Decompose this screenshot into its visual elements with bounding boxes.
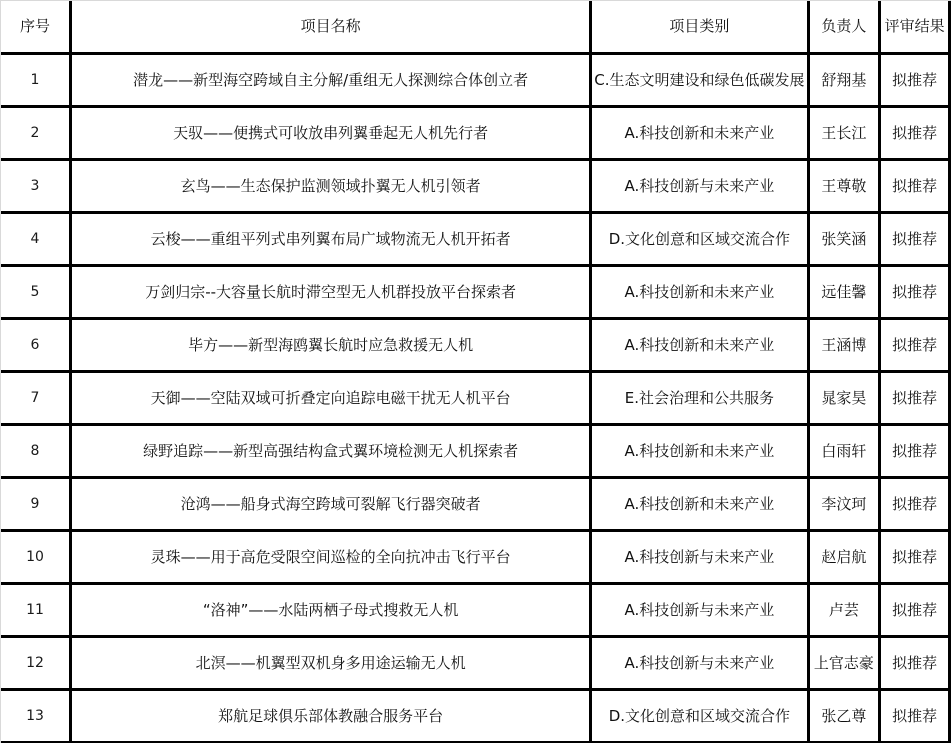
header-owner: 负责人	[808, 1, 880, 53]
cell-index[interactable]: 2	[1, 106, 70, 159]
cell-owner[interactable]: 张笑涵	[808, 212, 880, 265]
cell-review-result[interactable]: 拟推荐	[880, 212, 950, 265]
cell-project-name[interactable]: 绿野追踪——新型高强结构盒式翼环境检测无人机探索者	[70, 424, 590, 477]
cell-project-name[interactable]: 灵珠——用于高危受限空间巡检的全向抗冲击飞行平台	[70, 530, 590, 583]
cell-project-name[interactable]: 万剑归宗--大容量长航时滞空型无人机群投放平台探索者	[70, 265, 590, 318]
cell-index[interactable]: 8	[1, 424, 70, 477]
table-row: 4云梭——重组平列式串列翼布局广域物流无人机开拓者D.文化创意和区域交流合作张笑…	[1, 212, 950, 265]
header-project-category: 项目类别	[591, 1, 808, 53]
cell-owner[interactable]: 李汶珂	[808, 477, 880, 530]
header-review-result: 评审结果	[880, 1, 950, 53]
cell-project-category[interactable]: D.文化创意和区域交流合作	[591, 689, 808, 742]
cell-owner[interactable]: 晁家昊	[808, 371, 880, 424]
cell-owner[interactable]: 舒翔基	[808, 53, 880, 106]
cell-project-name[interactable]: 天驭——便携式可收放串列翼垂起无人机先行者	[70, 106, 590, 159]
header-project-name: 项目名称	[70, 1, 590, 53]
spreadsheet-view: 序号 项目名称 项目类别 负责人 评审结果 1潜龙——新型海空跨域自主分解/重组…	[0, 0, 951, 743]
cell-owner[interactable]: 远佳馨	[808, 265, 880, 318]
cell-index[interactable]: 7	[1, 371, 70, 424]
cell-project-category[interactable]: C.生态文明建设和绿色低碳发展	[591, 53, 808, 106]
cell-review-result[interactable]: 拟推荐	[880, 477, 950, 530]
cell-project-category[interactable]: A.科技创新与未来产业	[591, 530, 808, 583]
cell-project-category[interactable]: D.文化创意和区域交流合作	[591, 212, 808, 265]
cell-owner[interactable]: 赵启航	[808, 530, 880, 583]
cell-project-category[interactable]: A.科技创新和未来产业	[591, 265, 808, 318]
cell-review-result[interactable]: 拟推荐	[880, 318, 950, 371]
table-row: 10灵珠——用于高危受限空间巡检的全向抗冲击飞行平台A.科技创新与未来产业赵启航…	[1, 530, 950, 583]
table-row: 13郑航足球俱乐部体教融合服务平台D.文化创意和区域交流合作张乙尊拟推荐	[1, 689, 950, 742]
cell-project-name[interactable]: 沧鸿——船身式海空跨域可裂解飞行器突破者	[70, 477, 590, 530]
cell-project-name[interactable]: 毕方——新型海鸥翼长航时应急救援无人机	[70, 318, 590, 371]
table-row: 2天驭——便携式可收放串列翼垂起无人机先行者A.科技创新和未来产业王长江拟推荐	[1, 106, 950, 159]
cell-project-category[interactable]: A.科技创新与未来产业	[591, 636, 808, 689]
cell-review-result[interactable]: 拟推荐	[880, 159, 950, 212]
cell-owner[interactable]: 卢芸	[808, 583, 880, 636]
table-row: 5万剑归宗--大容量长航时滞空型无人机群投放平台探索者A.科技创新和未来产业远佳…	[1, 265, 950, 318]
cell-project-category[interactable]: A.科技创新与未来产业	[591, 583, 808, 636]
cell-index[interactable]: 6	[1, 318, 70, 371]
cell-project-name[interactable]: 天御——空陆双域可折叠定向追踪电磁干扰无人机平台	[70, 371, 590, 424]
project-review-table: 序号 项目名称 项目类别 负责人 评审结果 1潜龙——新型海空跨域自主分解/重组…	[1, 1, 951, 743]
table-row: 3玄鸟——生态保护监测领域扑翼无人机引领者A.科技创新与未来产业王尊敬拟推荐	[1, 159, 950, 212]
cell-review-result[interactable]: 拟推荐	[880, 636, 950, 689]
header-row: 序号 项目名称 项目类别 负责人 评审结果	[1, 1, 950, 53]
cell-owner[interactable]: 上官志豪	[808, 636, 880, 689]
cell-review-result[interactable]: 拟推荐	[880, 106, 950, 159]
cell-review-result[interactable]: 拟推荐	[880, 424, 950, 477]
cell-review-result[interactable]: 拟推荐	[880, 53, 950, 106]
cell-project-category[interactable]: A.科技创新和未来产业	[591, 106, 808, 159]
cell-project-name[interactable]: 云梭——重组平列式串列翼布局广域物流无人机开拓者	[70, 212, 590, 265]
cell-index[interactable]: 3	[1, 159, 70, 212]
cell-index[interactable]: 5	[1, 265, 70, 318]
table-row: 12北溟——机翼型双机身多用途运输无人机A.科技创新与未来产业上官志豪拟推荐	[1, 636, 950, 689]
cell-owner[interactable]: 王尊敬	[808, 159, 880, 212]
cell-review-result[interactable]: 拟推荐	[880, 371, 950, 424]
cell-project-category[interactable]: A.科技创新和未来产业	[591, 318, 808, 371]
cell-project-name[interactable]: 北溟——机翼型双机身多用途运输无人机	[70, 636, 590, 689]
cell-index[interactable]: 11	[1, 583, 70, 636]
cell-project-category[interactable]: A.科技创新和未来产业	[591, 477, 808, 530]
cell-project-category[interactable]: E.社会治理和公共服务	[591, 371, 808, 424]
cell-review-result[interactable]: 拟推荐	[880, 265, 950, 318]
table-row: 1潜龙——新型海空跨域自主分解/重组无人探测综合体创立者C.生态文明建设和绿色低…	[1, 53, 950, 106]
table-row: 11“洛神”——水陆两栖子母式搜救无人机A.科技创新与未来产业卢芸拟推荐	[1, 583, 950, 636]
cell-project-name[interactable]: “洛神”——水陆两栖子母式搜救无人机	[70, 583, 590, 636]
table-row: 8绿野追踪——新型高强结构盒式翼环境检测无人机探索者A.科技创新和未来产业白雨轩…	[1, 424, 950, 477]
cell-index[interactable]: 13	[1, 689, 70, 742]
cell-owner[interactable]: 王长江	[808, 106, 880, 159]
cell-index[interactable]: 1	[1, 53, 70, 106]
cell-project-name[interactable]: 玄鸟——生态保护监测领域扑翼无人机引领者	[70, 159, 590, 212]
cell-index[interactable]: 10	[1, 530, 70, 583]
table-row: 9沧鸿——船身式海空跨域可裂解飞行器突破者A.科技创新和未来产业李汶珂拟推荐	[1, 477, 950, 530]
table-row: 6毕方——新型海鸥翼长航时应急救援无人机A.科技创新和未来产业王涵博拟推荐	[1, 318, 950, 371]
header-index: 序号	[1, 1, 70, 53]
cell-index[interactable]: 12	[1, 636, 70, 689]
cell-owner[interactable]: 王涵博	[808, 318, 880, 371]
cell-index[interactable]: 4	[1, 212, 70, 265]
cell-review-result[interactable]: 拟推荐	[880, 530, 950, 583]
cell-project-category[interactable]: A.科技创新和未来产业	[591, 424, 808, 477]
table-row: 7天御——空陆双域可折叠定向追踪电磁干扰无人机平台E.社会治理和公共服务晁家昊拟…	[1, 371, 950, 424]
cell-index[interactable]: 9	[1, 477, 70, 530]
cell-project-name[interactable]: 郑航足球俱乐部体教融合服务平台	[70, 689, 590, 742]
cell-project-name[interactable]: 潜龙——新型海空跨域自主分解/重组无人探测综合体创立者	[70, 53, 590, 106]
cell-owner[interactable]: 白雨轩	[808, 424, 880, 477]
cell-project-category[interactable]: A.科技创新与未来产业	[591, 159, 808, 212]
cell-owner[interactable]: 张乙尊	[808, 689, 880, 742]
cell-review-result[interactable]: 拟推荐	[880, 583, 950, 636]
cell-review-result[interactable]: 拟推荐	[880, 689, 950, 742]
